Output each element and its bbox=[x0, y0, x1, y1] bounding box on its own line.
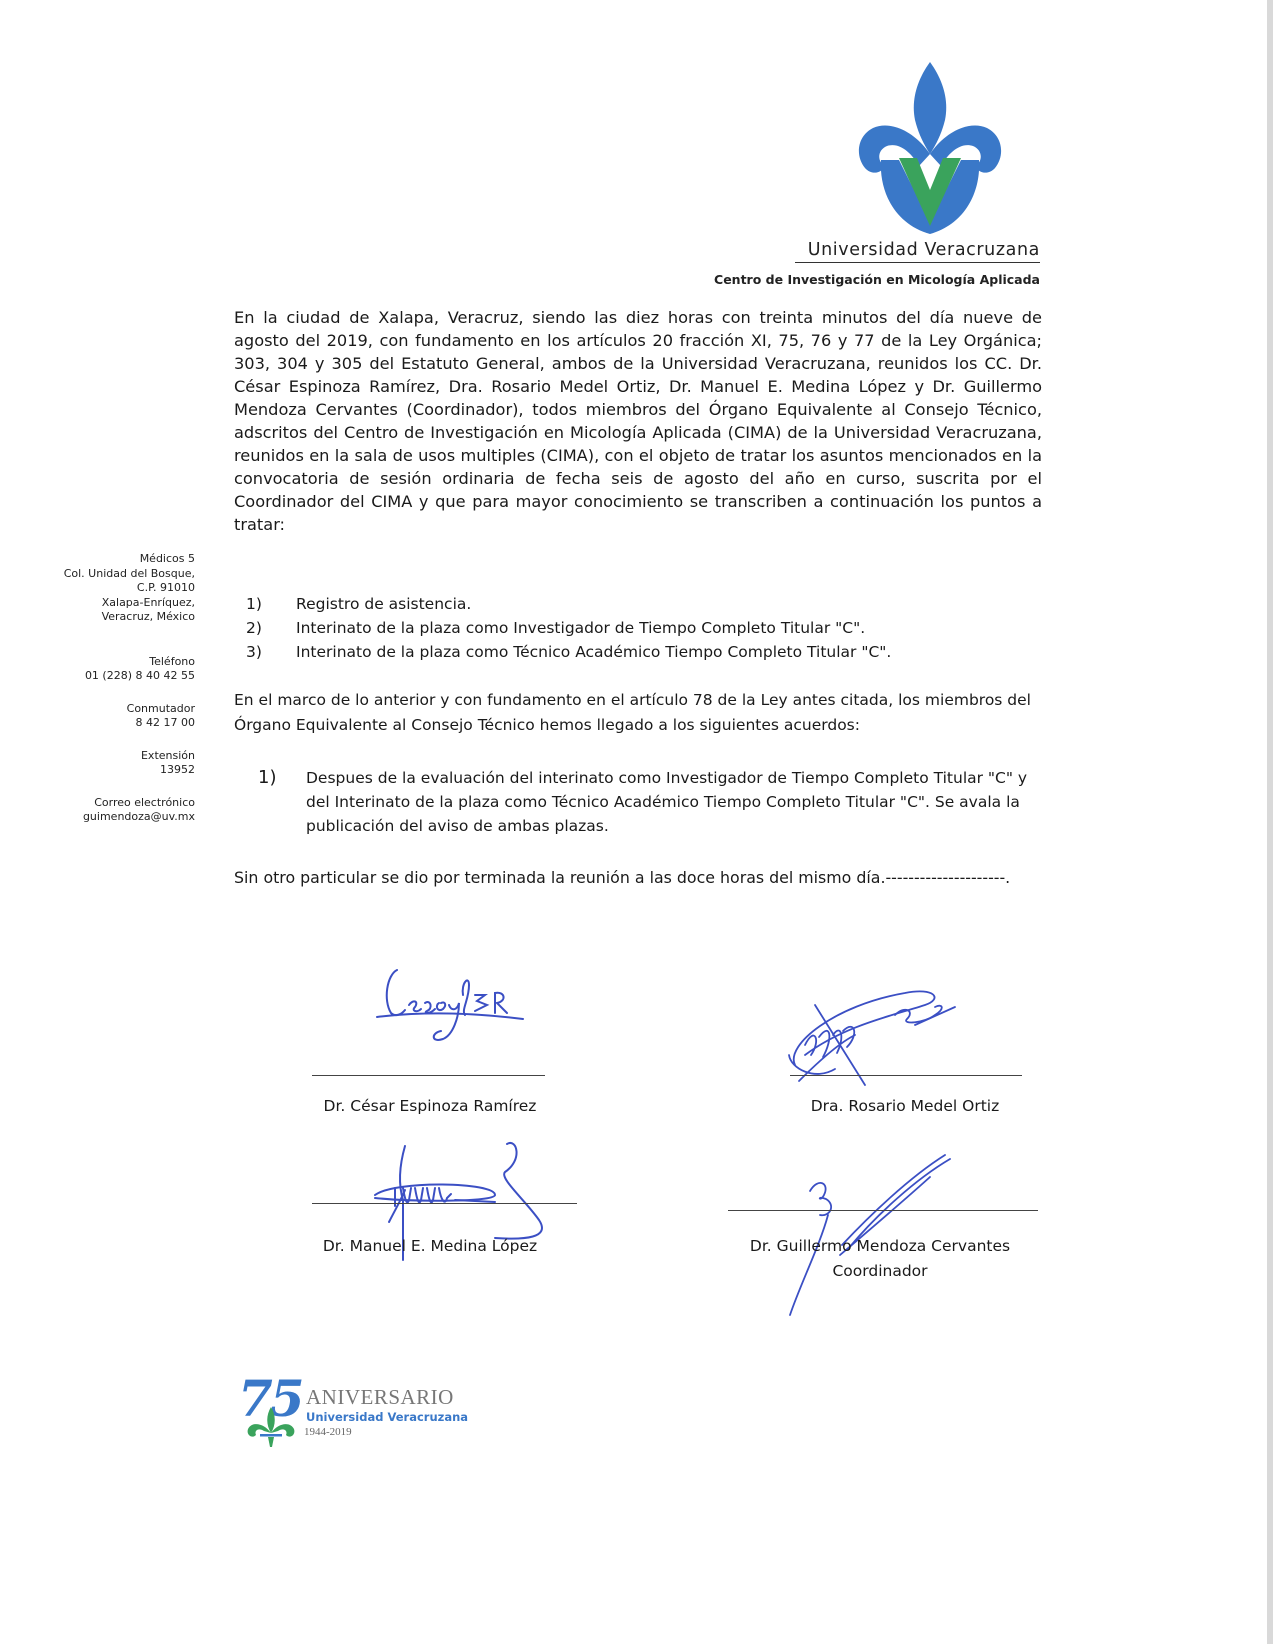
closing-statement: Sin otro particular se dio por terminada… bbox=[234, 867, 1064, 889]
university-name: Universidad Veracruzana bbox=[795, 240, 1040, 263]
center-name: Centro de Investigación en Micología Apl… bbox=[640, 272, 1040, 287]
signatory-name: Dr. Manuel E. Medina López bbox=[300, 1237, 560, 1255]
signatory-name: Dra. Rosario Medel Ortiz bbox=[770, 1097, 1040, 1115]
agenda-number: 1) bbox=[246, 592, 296, 616]
email-label: Correo electrónico bbox=[30, 796, 195, 811]
address-block: Médicos 5 Col. Unidad del Bosque, C.P. 9… bbox=[30, 552, 195, 625]
agenda-number: 3) bbox=[246, 640, 296, 664]
signature-rosario-icon bbox=[775, 985, 1005, 1095]
anniversary-university: Universidad Veracruzana bbox=[306, 1410, 468, 1424]
agreement-text: Despues de la evaluación del interinato … bbox=[306, 766, 1038, 838]
second-paragraph: En el marco de lo anterior y con fundame… bbox=[234, 688, 1042, 738]
switchboard-value: 8 42 17 00 bbox=[30, 716, 195, 731]
fleur-de-lis-icon bbox=[246, 1405, 296, 1449]
agreement-item: 1) Despues de la evaluación del interina… bbox=[258, 766, 1038, 838]
address-line: Col. Unidad del Bosque, bbox=[30, 567, 195, 582]
agreements-list: 1) Despues de la evaluación del interina… bbox=[258, 766, 1038, 838]
anniversary-word: ANIVERSARIO bbox=[306, 1385, 454, 1410]
signature-line bbox=[728, 1210, 1038, 1211]
switchboard-block: Conmutador 8 42 17 00 bbox=[30, 702, 195, 731]
signatory-role: Coordinador bbox=[715, 1262, 1045, 1280]
anniversary-years: 1944-2019 bbox=[304, 1426, 352, 1438]
agenda-number: 2) bbox=[246, 616, 296, 640]
university-logo-icon bbox=[855, 62, 1005, 237]
agenda-list: 1) Registro de asistencia. 2) Interinato… bbox=[246, 592, 1026, 664]
extension-value: 13952 bbox=[30, 763, 195, 778]
signatory-name: Dr. César Espinoza Ramírez bbox=[290, 1097, 570, 1115]
address-line: C.P. 91010 bbox=[30, 581, 195, 596]
agenda-text: Interinato de la plaza como Investigador… bbox=[296, 616, 865, 640]
agenda-text: Interinato de la plaza como Técnico Acad… bbox=[296, 640, 891, 664]
switchboard-label: Conmutador bbox=[30, 702, 195, 717]
address-line: Veracruz, México bbox=[30, 610, 195, 625]
anniversary-logo: 75 ANIVERSARIO Universidad Veracruzana 1… bbox=[238, 1375, 498, 1455]
agenda-item: 1) Registro de asistencia. bbox=[246, 592, 1026, 616]
address-line: Xalapa-Enríquez, bbox=[30, 596, 195, 611]
signature-line bbox=[312, 1075, 545, 1076]
agreement-number: 1) bbox=[258, 766, 306, 838]
scan-edge bbox=[1267, 0, 1273, 1644]
phone-label: Teléfono bbox=[30, 655, 195, 670]
agenda-text: Registro de asistencia. bbox=[296, 592, 471, 616]
phone-value: 01 (228) 8 40 42 55 bbox=[30, 669, 195, 684]
signature-cesar-icon bbox=[365, 955, 535, 1050]
extension-block: Extensión 13952 bbox=[30, 749, 195, 778]
agenda-item: 2) Interinato de la plaza como Investiga… bbox=[246, 616, 1026, 640]
email-block: Correo electrónico guimendoza@uv.mx bbox=[30, 796, 195, 825]
signatory-name: Dr. Guillermo Mendoza Cervantes bbox=[715, 1237, 1045, 1255]
signature-line bbox=[790, 1075, 1022, 1076]
intro-paragraph: En la ciudad de Xalapa, Veracruz, siendo… bbox=[234, 306, 1042, 536]
phone-block: Teléfono 01 (228) 8 40 42 55 bbox=[30, 655, 195, 684]
signature-line bbox=[312, 1203, 577, 1204]
extension-label: Extensión bbox=[30, 749, 195, 764]
agenda-item: 3) Interinato de la plaza como Técnico A… bbox=[246, 640, 1026, 664]
email-value: guimendoza@uv.mx bbox=[30, 810, 195, 825]
contact-sidebar: Médicos 5 Col. Unidad del Bosque, C.P. 9… bbox=[30, 552, 195, 843]
address-line: Médicos 5 bbox=[30, 552, 195, 567]
